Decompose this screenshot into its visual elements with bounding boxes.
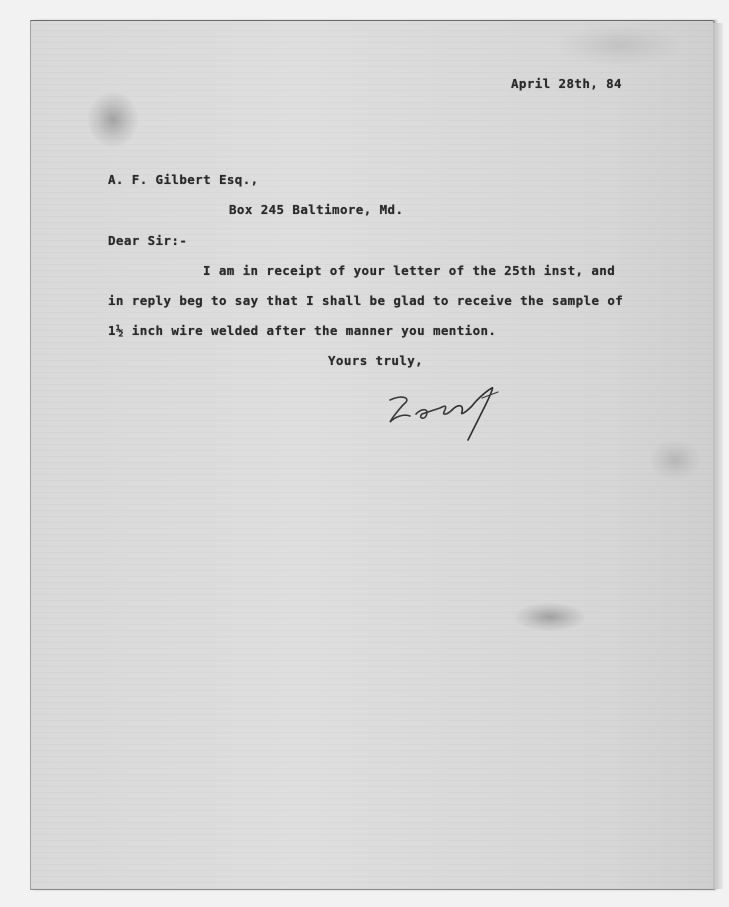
closing: Yours truly, [328,353,423,368]
stain-mark [650,440,700,480]
stain-mark [515,603,585,631]
recipient-address: Box 245 Baltimore, Md. [229,202,403,217]
stain-mark [560,25,680,65]
letter-date: April 28th, 84 [511,76,622,91]
salutation: Dear Sir:- [108,233,187,248]
body-line: I am in receipt of your letter of the 25… [203,263,615,278]
signature [382,378,532,448]
page-edge-shadow [713,23,723,889]
stain-mark [88,92,138,147]
body-line: 1½ inch wire welded after the manner you… [108,323,496,338]
recipient-name: A. F. Gilbert Esq., [108,172,259,187]
letter-page [30,20,713,890]
body-line: in reply beg to say that I shall be glad… [108,293,623,308]
